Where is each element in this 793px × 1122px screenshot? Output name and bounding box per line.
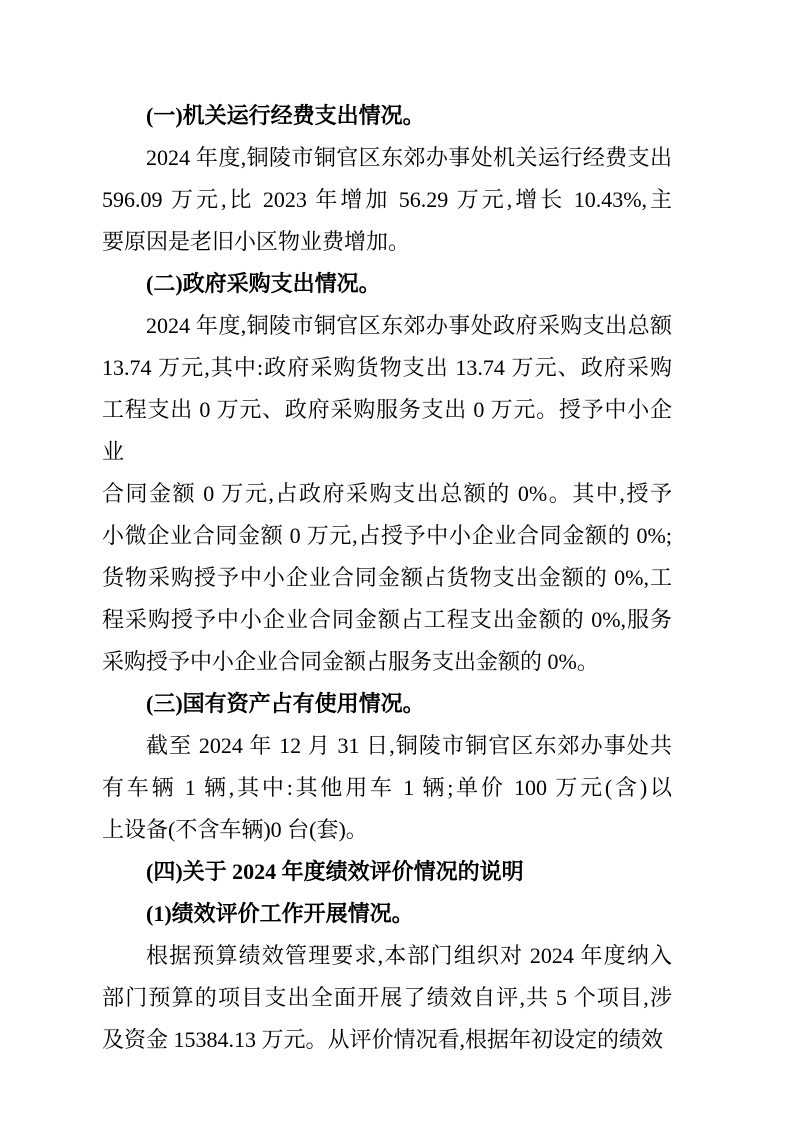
text-line: 596.09 万元,比 2023 年增加 56.29 万元,增长 10.43%,… xyxy=(102,179,672,221)
text-line: 小微企业合同金额 0 万元,占授予中小企业合同金额的 0%; xyxy=(102,515,672,557)
section-heading: (一)机关运行经费支出情况。 xyxy=(102,95,672,137)
text-line: 上设备(不含车辆)0 台(套)。 xyxy=(102,809,672,851)
text-line: 工程支出 0 万元、政府采购服务支出 0 万元。授予中小企业 xyxy=(102,389,672,473)
text-line: 根据预算绩效管理要求,本部门组织对 2024 年度纳入 xyxy=(102,935,672,977)
text-line: 2024 年度,铜陵市铜官区东郊办事处机关运行经费支出 xyxy=(102,137,672,179)
text-line: (三)国有资产占有使用情况。 xyxy=(102,683,672,725)
section-heading: (二)政府采购支出情况。 xyxy=(102,263,672,305)
body-paragraph: 2024 年度,铜陵市铜官区东郊办事处政府采购支出总额13.74 万元,其中:政… xyxy=(102,305,672,683)
section-heading: (1)绩效评价工作开展情况。 xyxy=(102,893,672,935)
text-line: 截至 2024 年 12 月 31 日,铜陵市铜官区东郊办事处共 xyxy=(102,725,672,767)
body-paragraph: 截至 2024 年 12 月 31 日,铜陵市铜官区东郊办事处共有车辆 1 辆,… xyxy=(102,725,672,851)
text-line: 程采购授予中小企业合同金额占工程支出金额的 0%,服务 xyxy=(102,599,672,641)
document-content: (一)机关运行经费支出情况。2024 年度,铜陵市铜官区东郊办事处机关运行经费支… xyxy=(102,95,672,1061)
text-line: (二)政府采购支出情况。 xyxy=(102,263,672,305)
section-heading: (三)国有资产占有使用情况。 xyxy=(102,683,672,725)
text-line: 及资金 15384.13 万元。从评价情况看,根据年初设定的绩效 xyxy=(102,1019,672,1061)
text-line: 13.74 万元,其中:政府采购货物支出 13.74 万元、政府采购 xyxy=(102,347,672,389)
section-heading: (四)关于 2024 年度绩效评价情况的说明 xyxy=(102,851,672,893)
text-line: 2024 年度,铜陵市铜官区东郊办事处政府采购支出总额 xyxy=(102,305,672,347)
text-line: (一)机关运行经费支出情况。 xyxy=(102,95,672,137)
document-page: (一)机关运行经费支出情况。2024 年度,铜陵市铜官区东郊办事处机关运行经费支… xyxy=(0,0,793,1122)
text-line: 部门预算的项目支出全面开展了绩效自评,共 5 个项目,涉 xyxy=(102,977,672,1019)
text-line: 要原因是老旧小区物业费增加。 xyxy=(102,221,672,263)
text-line: 有车辆 1 辆,其中:其他用车 1 辆;单价 100 万元(含)以 xyxy=(102,767,672,809)
body-paragraph: 根据预算绩效管理要求,本部门组织对 2024 年度纳入部门预算的项目支出全面开展… xyxy=(102,935,672,1061)
text-line: 货物采购授予中小企业合同金额占货物支出金额的 0%,工 xyxy=(102,557,672,599)
text-line: (四)关于 2024 年度绩效评价情况的说明 xyxy=(102,851,672,893)
text-line: 采购授予中小企业合同金额占服务支出金额的 0%。 xyxy=(102,641,672,683)
text-line: (1)绩效评价工作开展情况。 xyxy=(102,893,672,935)
body-paragraph: 2024 年度,铜陵市铜官区东郊办事处机关运行经费支出596.09 万元,比 2… xyxy=(102,137,672,263)
text-line: 合同金额 0 万元,占政府采购支出总额的 0%。其中,授予 xyxy=(102,473,672,515)
